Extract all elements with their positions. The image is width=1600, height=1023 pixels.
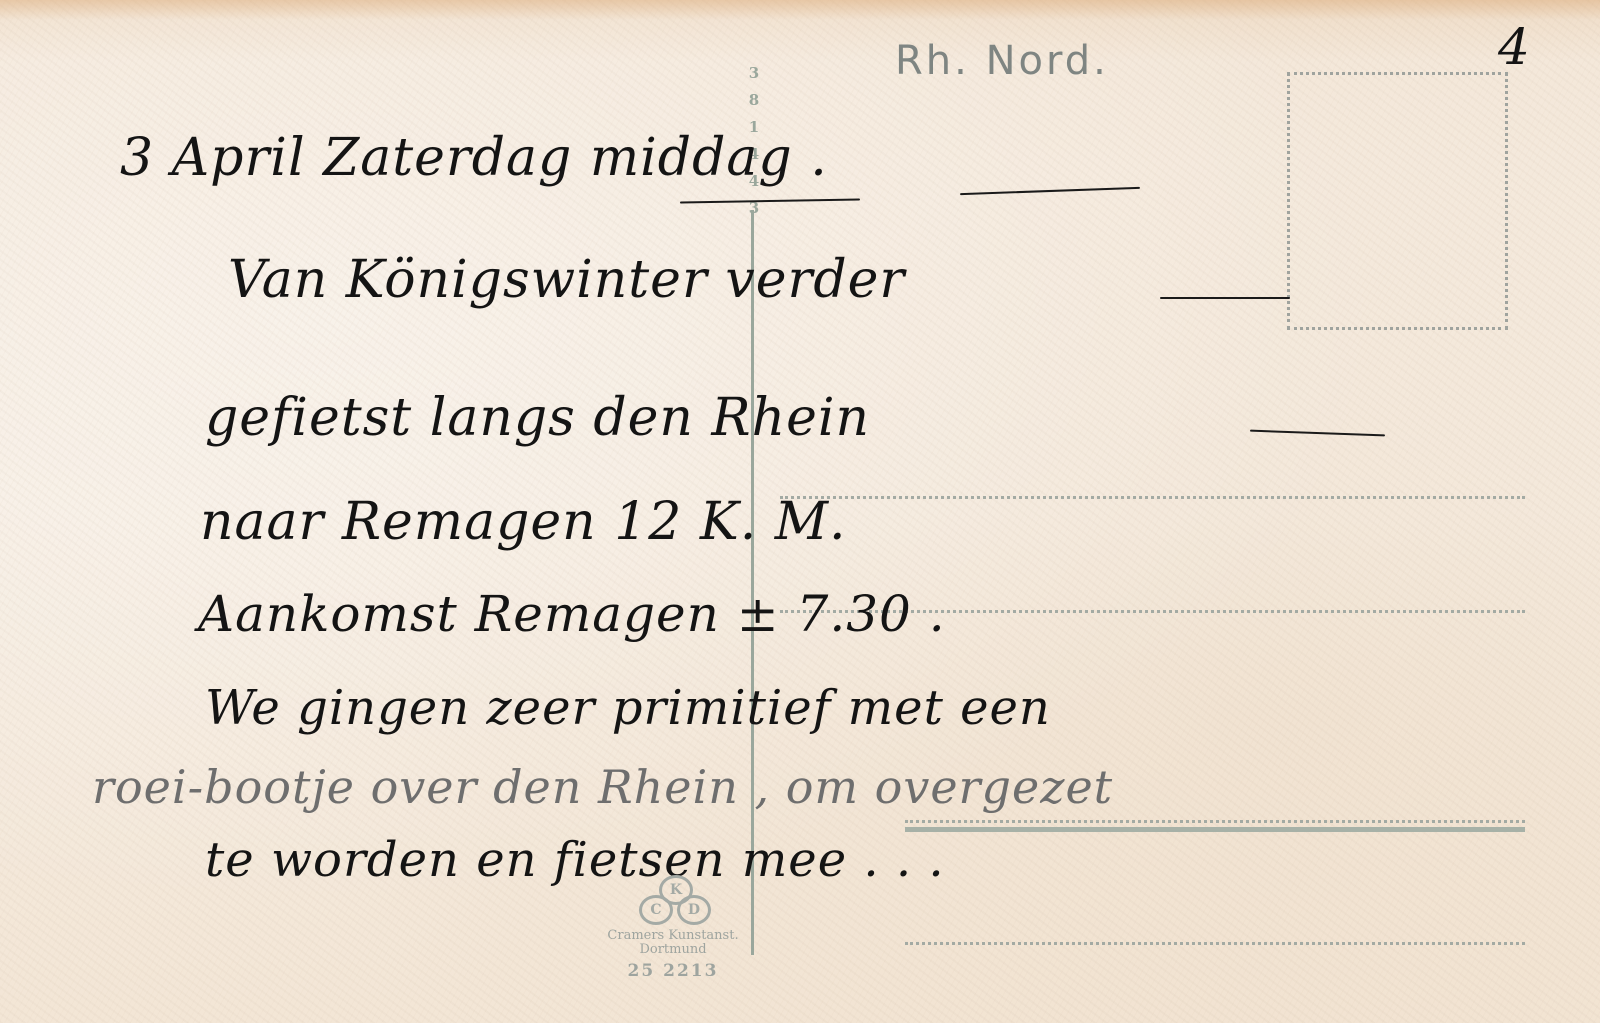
publisher-name: Cramers Kunstanst.: [598, 929, 748, 943]
publisher-trefoil-logo-icon: K C D: [633, 875, 713, 925]
address-line-3: [905, 820, 1525, 823]
serial-digit: 3: [744, 60, 764, 87]
flourish-stroke: [1160, 297, 1290, 299]
message-line-4: naar Remagen 12 K. M.: [200, 492, 847, 552]
publisher-city: Dortmund: [598, 943, 748, 957]
message-line-1: 3 April Zaterdag middag .: [120, 128, 828, 188]
message-line-7-text: roei-bootje over den Rhein , om overgeze…: [92, 760, 1113, 814]
message-line-7: roei-bootje over den Rhein , om overgeze…: [92, 760, 1113, 814]
message-line-6: We gingen zeer primitief met een: [205, 680, 1051, 736]
pencil-note: Rh. Nord.: [895, 38, 1109, 84]
flourish-stroke: [1250, 430, 1385, 437]
logo-lobe-c: C: [639, 895, 673, 925]
corner-number: 4: [1498, 18, 1531, 76]
flourish-stroke: [680, 198, 860, 203]
serial-digit: 3: [744, 195, 764, 222]
message-line-2: Van Königswinter verder: [228, 250, 905, 310]
publisher-number: 25 2213: [598, 961, 748, 981]
serial-digit: 8: [744, 87, 764, 114]
flourish-stroke: [960, 187, 1140, 195]
stamp-placeholder-box: [1287, 72, 1508, 330]
logo-lobe-d: D: [677, 895, 711, 925]
message-line-3: gefietst langs den Rhein: [205, 388, 870, 448]
aged-top-edge: [0, 0, 1600, 20]
postcard-back: Rh. Nord. 4 3 8 1 4 4 3 3 April Zaterdag…: [0, 0, 1600, 1023]
address-line-1: [780, 496, 1525, 499]
message-line-5: Aankomst Remagen ± 7.30 .: [198, 585, 946, 643]
address-line-4: [905, 942, 1525, 945]
message-line-8: te worden en fietsen mee . . .: [205, 832, 945, 888]
address-underline-bar: [905, 827, 1525, 832]
publisher-imprint: K C D Cramers Kunstanst. Dortmund 25 221…: [598, 875, 748, 981]
